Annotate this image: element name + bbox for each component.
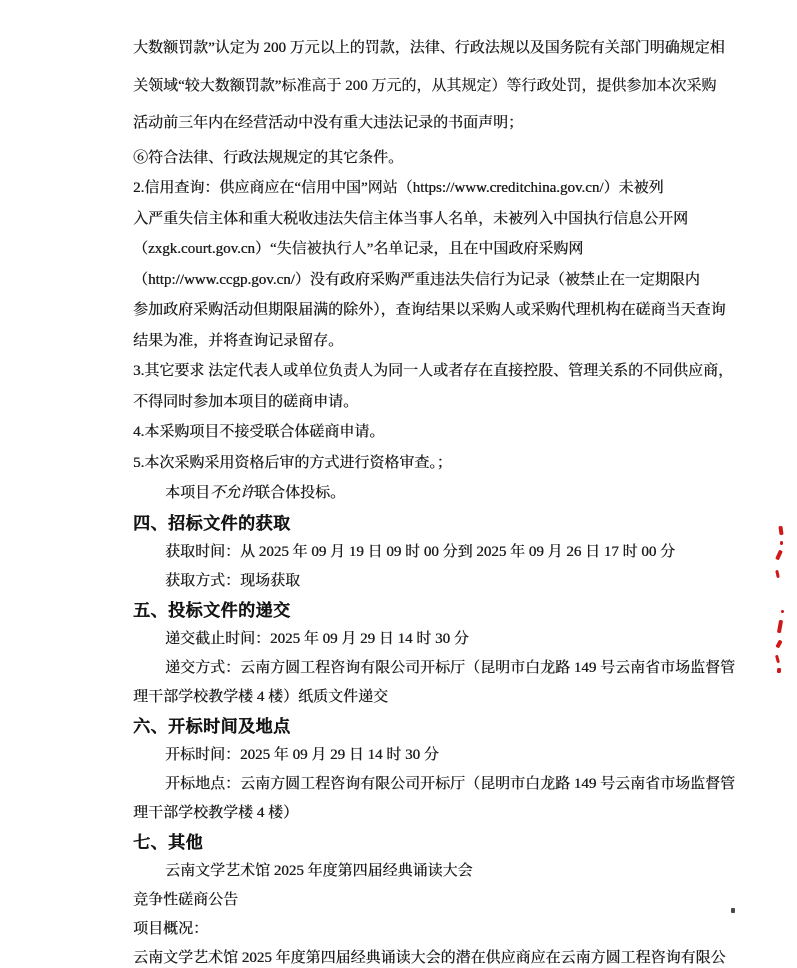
document-line: 理干部学校教学楼 4 楼）纸质文件递交 [133,683,713,712]
red-ink-mark [781,610,784,613]
document-line: 活动前三年内在经营活动中没有重大违法记录的书面声明； [133,105,713,143]
section-heading: 六、开标时间及地点 [133,712,713,741]
document-page: 大数额罚款”认定为 200 万元以上的罚款，法律、行政法规以及国务院有关部门明确… [0,0,797,968]
red-ink-mark [778,526,783,535]
document-line: 关领域“较大数额罚款”标准高于 200 万元的，从其规定）等行政处罚，提供参加本… [133,68,713,106]
document-line: 递交方式：云南方圆工程咨询有限公司开标厅（昆明市白龙路 149 号云南省市场监督… [133,654,713,683]
document-line: （http://www.ccgp.gov.cn/）没有政府采购严重违法失信行为记… [133,265,713,296]
document-body: 大数额罚款”认定为 200 万元以上的罚款，法律、行政法规以及国务院有关部门明确… [133,30,713,968]
document-line: 云南文学艺术馆 2025 年度第四届经典诵读大会 [133,857,713,886]
document-line: 项目概况： [133,915,713,944]
red-ink-mark [780,541,783,545]
document-line: 获取时间：从 2025 年 09 月 19 日 09 时 00 分到 2025 … [133,538,713,567]
document-line: 入严重失信主体和重大税收违法失信主体当事人名单，未被列入中国执行信息公开网 [133,204,713,235]
red-ink-mark [777,668,781,673]
document-line: 云南文学艺术馆 2025 年度第四届经典诵读大会的潜在供应商应在云南方圆工程咨询… [133,944,713,968]
document-line: 3.其它要求 法定代表人或单位负责人为同一人或者存在直接控股、管理关系的不同供应… [133,356,713,387]
document-line: ⑥符合法律、行政法规规定的其它条件。 [133,143,713,174]
document-line: 递交截止时间：2025 年 09 月 29 日 14 时 30 分 [133,625,713,654]
document-line: 竞争性磋商公告 [133,886,713,915]
red-ink-mark [775,640,782,649]
document-line: 2.信用查询：供应商应在“信用中国”网站（https://www.creditc… [133,173,713,204]
red-ink-mark [775,550,783,561]
section-heading: 四、招标文件的获取 [133,509,713,538]
section-heading: 五、投标文件的递交 [133,596,713,625]
text-run: 本项目 [165,485,210,501]
document-line: 获取方式：现场获取 [133,567,713,596]
red-ink-mark [775,655,780,664]
document-line: 开标地点：云南方圆工程咨询有限公司开标厅（昆明市白龙路 149 号云南省市场监督… [133,770,713,799]
document-line: 理干部学校教学楼 4 楼） [133,799,713,828]
document-line: 大数额罚款”认定为 200 万元以上的罚款，法律、行政法规以及国务院有关部门明确… [133,30,713,68]
red-ink-mark [775,570,780,578]
scan-speck [731,908,735,913]
document-line: 参加政府采购活动但期限届满的除外），查询结果以采购人或采购代理机构在磋商当天查询 [133,295,713,326]
section-heading: 七、其他 [133,828,713,857]
document-line: （zxgk.court.gov.cn）“失信被执行人”名单记录，且在中国政府采购… [133,234,713,265]
document-line: 本项目不允许联合体投标。 [133,478,713,509]
red-ink-mark [777,620,783,633]
document-line: 开标时间：2025 年 09 月 29 日 14 时 30 分 [133,741,713,770]
text-run: 联合体投标。 [255,485,345,501]
document-line: 结果为准，并将查询记录留存。 [133,326,713,357]
emphasized-text: 不允许 [210,485,255,501]
document-line: 不得同时参加本项目的磋商申请。 [133,387,713,418]
document-line: 5.本次采购采用资格后审的方式进行资格审查。； [133,448,713,479]
document-line: 4.本采购项目不接受联合体磋商申请。 [133,417,713,448]
